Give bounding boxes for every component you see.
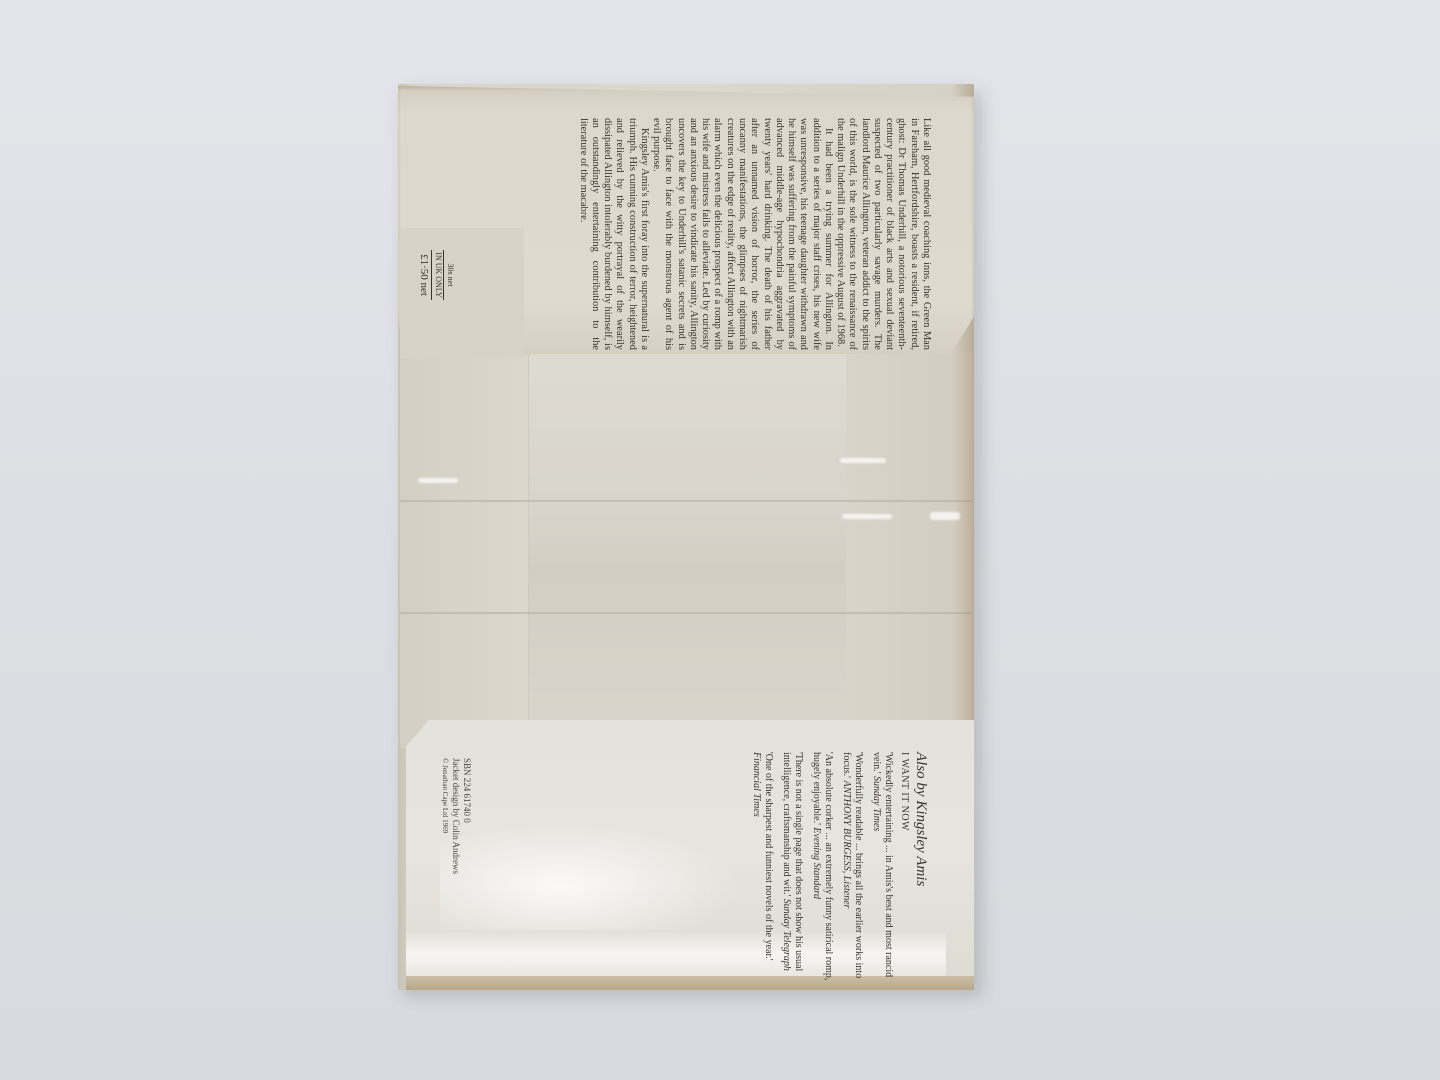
blurb-paragraph: Kingsley Amis's first foray into the sup… (576, 118, 650, 350)
tape-glare (930, 512, 960, 520)
copyright: © Jonathan Cape Ltd 1969 (441, 758, 450, 918)
book-title: I WANT IT NOW (898, 752, 910, 982)
blurb-paragraph: Like all good medieval coaching inns, th… (834, 118, 932, 350)
review: 'One of the sharpest and funniest novels… (750, 752, 774, 982)
price-old: 30s net (444, 250, 455, 300)
price-box: 30s net IN UK ONLY £1·50 net (417, 250, 455, 300)
price-new: £1·50 net (417, 250, 433, 300)
jacket-credits: SBN 224 61740 0 Jacket design by Colin A… (441, 758, 472, 918)
tape-glare (418, 478, 458, 483)
jacket-designer: Jacket design by Colin Andrews (450, 758, 461, 918)
tape-glare (840, 458, 886, 463)
review: 'Wickedly entertaining ... in Amis's bes… (870, 752, 894, 982)
fold-line (400, 612, 972, 614)
price-region: IN UK ONLY (432, 250, 444, 300)
tape-strip-left (400, 348, 528, 748)
review: 'An absolute corker ... an extremely fun… (810, 752, 834, 982)
fold-line (400, 500, 972, 502)
also-by-section: Also by Kingsley Amis I WANT IT NOW 'Wic… (744, 752, 930, 982)
tape-strip-right (846, 352, 972, 748)
photo-scene: Like all good medieval coaching inns, th… (0, 0, 1440, 1080)
flap-blurb: Like all good medieval coaching inns, th… (576, 118, 932, 350)
isbn: SBN 224 61740 0 (461, 758, 472, 918)
review: 'Wonderfully readable ... brings all the… (840, 752, 864, 982)
review: 'There is not a single page that does no… (780, 752, 804, 982)
also-by-heading: Also by Kingsley Amis (912, 752, 930, 982)
blurb-paragraph: It had been a trying summer for Allingto… (650, 118, 834, 350)
tape-glare (842, 514, 892, 519)
tape-glare (440, 820, 740, 930)
tape-strip-middle (528, 344, 848, 754)
